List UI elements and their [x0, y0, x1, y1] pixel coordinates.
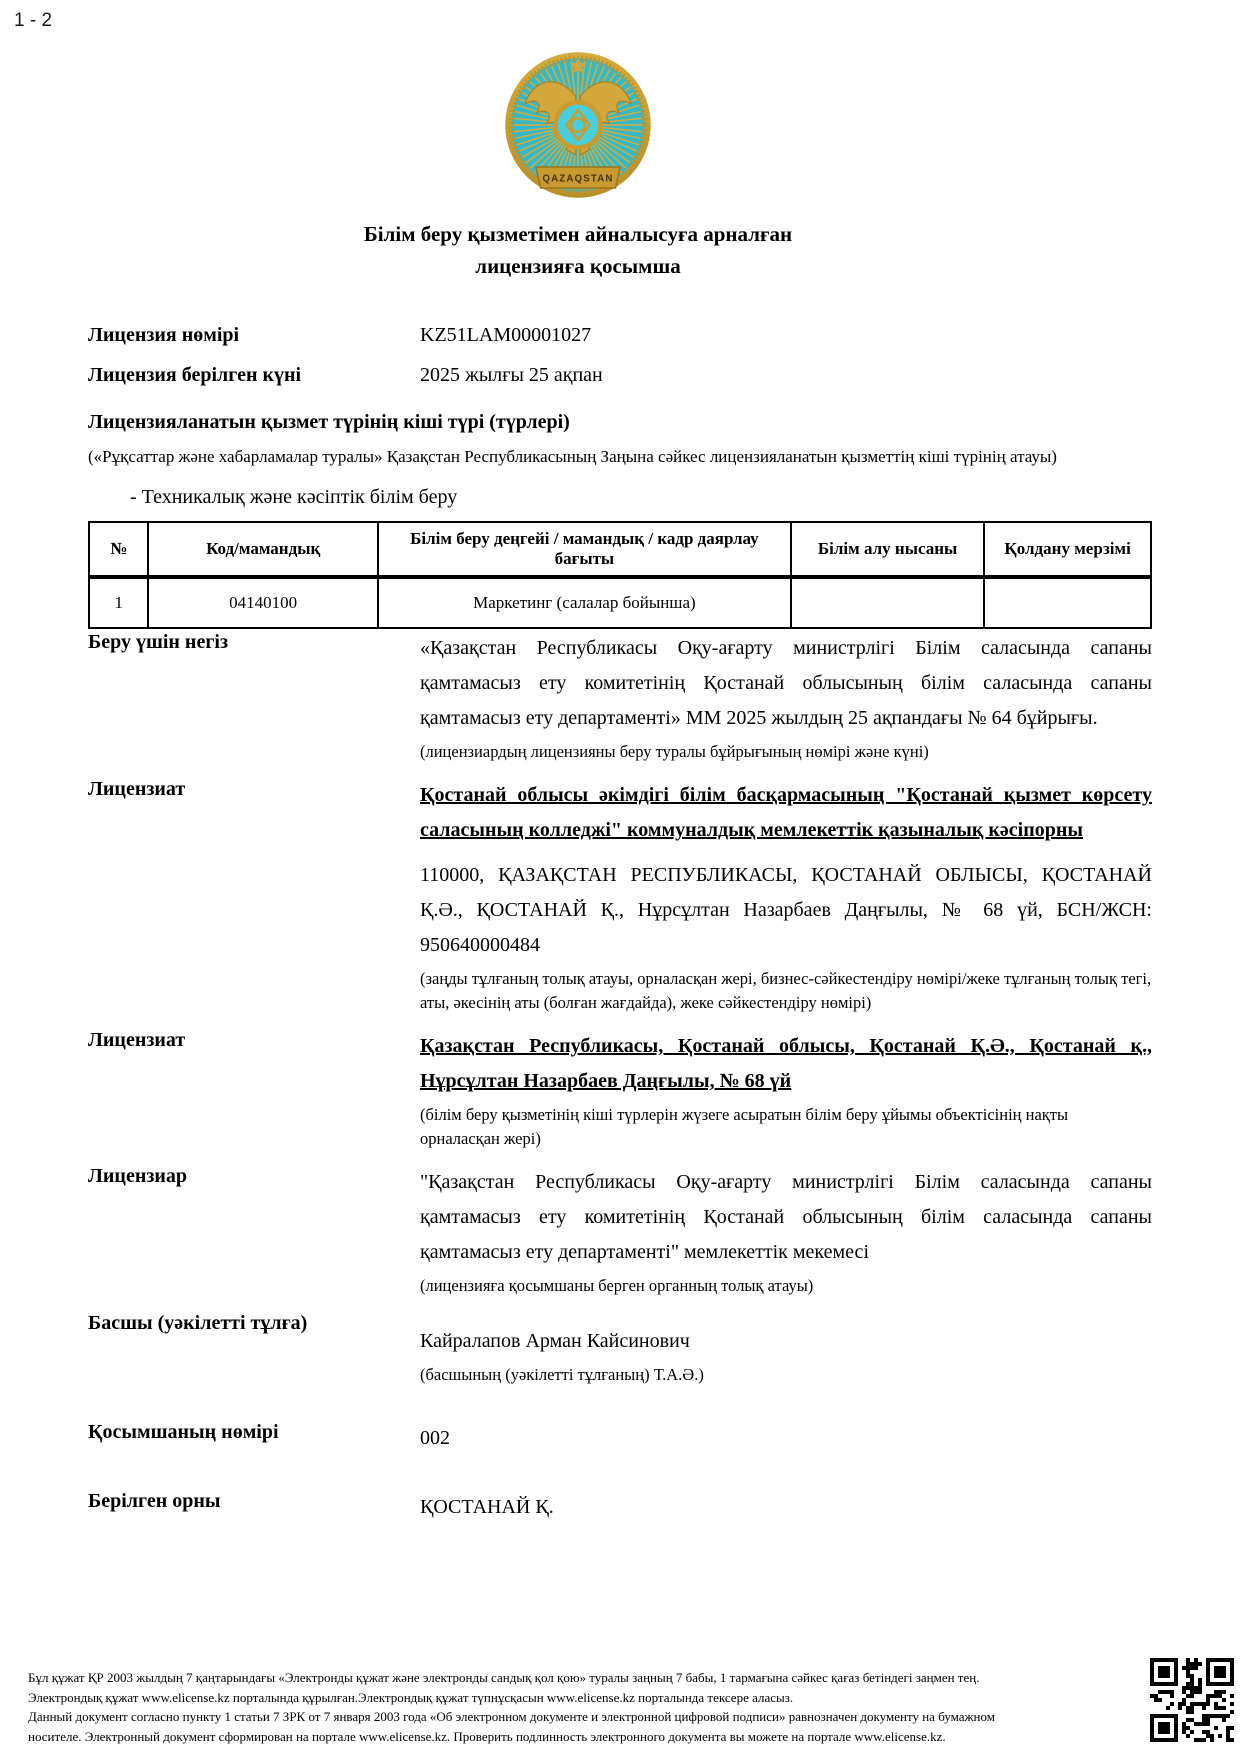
- cell-number: 1: [89, 577, 148, 628]
- annex-number-label: Қосымшаның нөмірі: [88, 1421, 420, 1456]
- col-header-level: Білім беру деңгейі / мамандық / кадр дая…: [378, 522, 791, 577]
- subtype-heading: Лицензияланатын қызмет түрінің кіші түрі…: [88, 411, 1152, 434]
- table-row: 1 04140100 Маркетинг (салалар бойынша): [89, 577, 1151, 628]
- subtype-note: («Рұқсаттар және хабарламалар туралы» Қа…: [88, 444, 1103, 470]
- cell-code: 04140100: [148, 577, 377, 628]
- licensor-value: "Қазақстан Республикасы Оқу-ағарту минис…: [420, 1165, 1152, 1270]
- section-licensee-1: Лицензиат Қостанай облысы әкімдігі білім…: [88, 778, 1152, 1015]
- head-name: Кайралапов Арман Кайсинович: [420, 1324, 1152, 1359]
- title-line-1: Білім беру қызметімен айналысуға арналға…: [364, 222, 792, 246]
- license-date-row: Лицензия берілген күні 2025 жылғы 25 ақп…: [88, 364, 1152, 387]
- qr-code: [1150, 1658, 1234, 1742]
- basis-label: Беру үшін негіз: [88, 631, 420, 764]
- cell-level: Маркетинг (салалар бойынша): [378, 577, 791, 628]
- col-header-code: Код/мамандық: [148, 522, 377, 577]
- cell-form: [791, 577, 984, 628]
- subtype-item: - Техникалық және кәсіптік білім беру: [130, 486, 1152, 509]
- footer-line-ru-1: Данный документ согласно пункту 1 статьи…: [28, 1707, 1113, 1727]
- licensor-label: Лицензиар: [88, 1165, 420, 1298]
- license-number-label: Лицензия нөмірі: [88, 324, 420, 347]
- section-licensee-2: Лицензиат Қазақстан Республикасы, Қостан…: [88, 1029, 1152, 1151]
- annex-number-value: 002: [420, 1421, 1152, 1456]
- table-header-row: № Код/мамандық Білім беру деңгейі / мама…: [89, 522, 1151, 577]
- cell-term: [984, 577, 1151, 628]
- licensee-2-label: Лицензиат: [88, 1029, 420, 1151]
- document-title: Білім беру қызметімен айналысуға арналға…: [0, 219, 1156, 282]
- head-label: Басшы (уәкілетті тұлға): [88, 1312, 420, 1387]
- col-header-form: Білім алу нысаны: [791, 522, 984, 577]
- section-annex-number: Қосымшаның нөмірі 002: [88, 1421, 1152, 1456]
- section-licensor: Лицензиар "Қазақстан Республикасы Оқу-ағ…: [88, 1165, 1152, 1298]
- licensee-1-name: Қостанай облысы әкімдігі білім басқармас…: [420, 778, 1152, 848]
- basis-value: «Қазақстан Республикасы Оқу-ағарту минис…: [420, 631, 1152, 736]
- footer-line-kk-2: Электрондық құжат www.elicense.kz портал…: [28, 1688, 1113, 1708]
- section-head: Басшы (уәкілетті тұлға) Кайралапов Арман…: [88, 1312, 1152, 1387]
- col-header-number: №: [89, 522, 148, 577]
- licensor-note: (лицензияға қосымшаны берген органның то…: [420, 1274, 1152, 1298]
- title-line-2: лицензияға қосымша: [475, 254, 680, 278]
- emblem-banner-text: QAZAQSTAN: [542, 173, 613, 184]
- footer-line-ru-2: носителе. Электронный документ сформиров…: [28, 1727, 1113, 1747]
- specialties-table: № Код/мамандық Білім беру деңгейі / мама…: [88, 521, 1152, 629]
- kazakhstan-coat-of-arms-icon: QAZAQSTAN: [503, 50, 653, 200]
- page-number: 1 - 2: [14, 10, 52, 32]
- issue-place-value: ҚОСТАНАЙ Қ.: [420, 1490, 1152, 1525]
- license-number-value: KZ51LAM00001027: [420, 324, 1152, 347]
- document-body: Лицензия нөмірі KZ51LAM00001027 Лицензия…: [88, 324, 1152, 1525]
- licensee-1-address: 110000, ҚАЗАҚСТАН РЕСПУБЛИКАСЫ, ҚОСТАНАЙ…: [420, 858, 1152, 963]
- licensee-1-note: (заңды тұлғаның толық атауы, орналасқан …: [420, 967, 1152, 1015]
- emblem-container: QAZAQSTAN: [0, 0, 1156, 205]
- legal-footer: Бұл құжат ҚР 2003 жылдың 7 қаңтарындағы …: [28, 1668, 1113, 1746]
- license-document: 1 - 2 QAZAQSTAN Білім беру: [0, 0, 1241, 1754]
- head-note: (басшының (уәкілетті тұлғаның) Т.А.Ә.): [420, 1363, 1152, 1387]
- license-date-label: Лицензия берілген күні: [88, 364, 420, 387]
- basis-note: (лицензиардың лицензияны беру туралы бұй…: [420, 740, 1152, 764]
- license-number-row: Лицензия нөмірі KZ51LAM00001027: [88, 324, 1152, 347]
- section-basis: Беру үшін негіз «Қазақстан Республикасы …: [88, 631, 1152, 764]
- license-date-value: 2025 жылғы 25 ақпан: [420, 364, 1152, 387]
- col-header-term: Қолдану мерзімі: [984, 522, 1151, 577]
- footer-line-kk-1: Бұл құжат ҚР 2003 жылдың 7 қаңтарындағы …: [28, 1668, 1113, 1688]
- section-issue-place: Берілген орны ҚОСТАНАЙ Қ.: [88, 1490, 1152, 1525]
- licensee-1-label: Лицензиат: [88, 778, 420, 1015]
- licensee-2-note: (білім беру қызметінің кіші түрлерін жүз…: [420, 1103, 1152, 1151]
- licensee-2-location: Қазақстан Республикасы, Қостанай облысы,…: [420, 1029, 1152, 1099]
- issue-place-label: Берілген орны: [88, 1490, 420, 1525]
